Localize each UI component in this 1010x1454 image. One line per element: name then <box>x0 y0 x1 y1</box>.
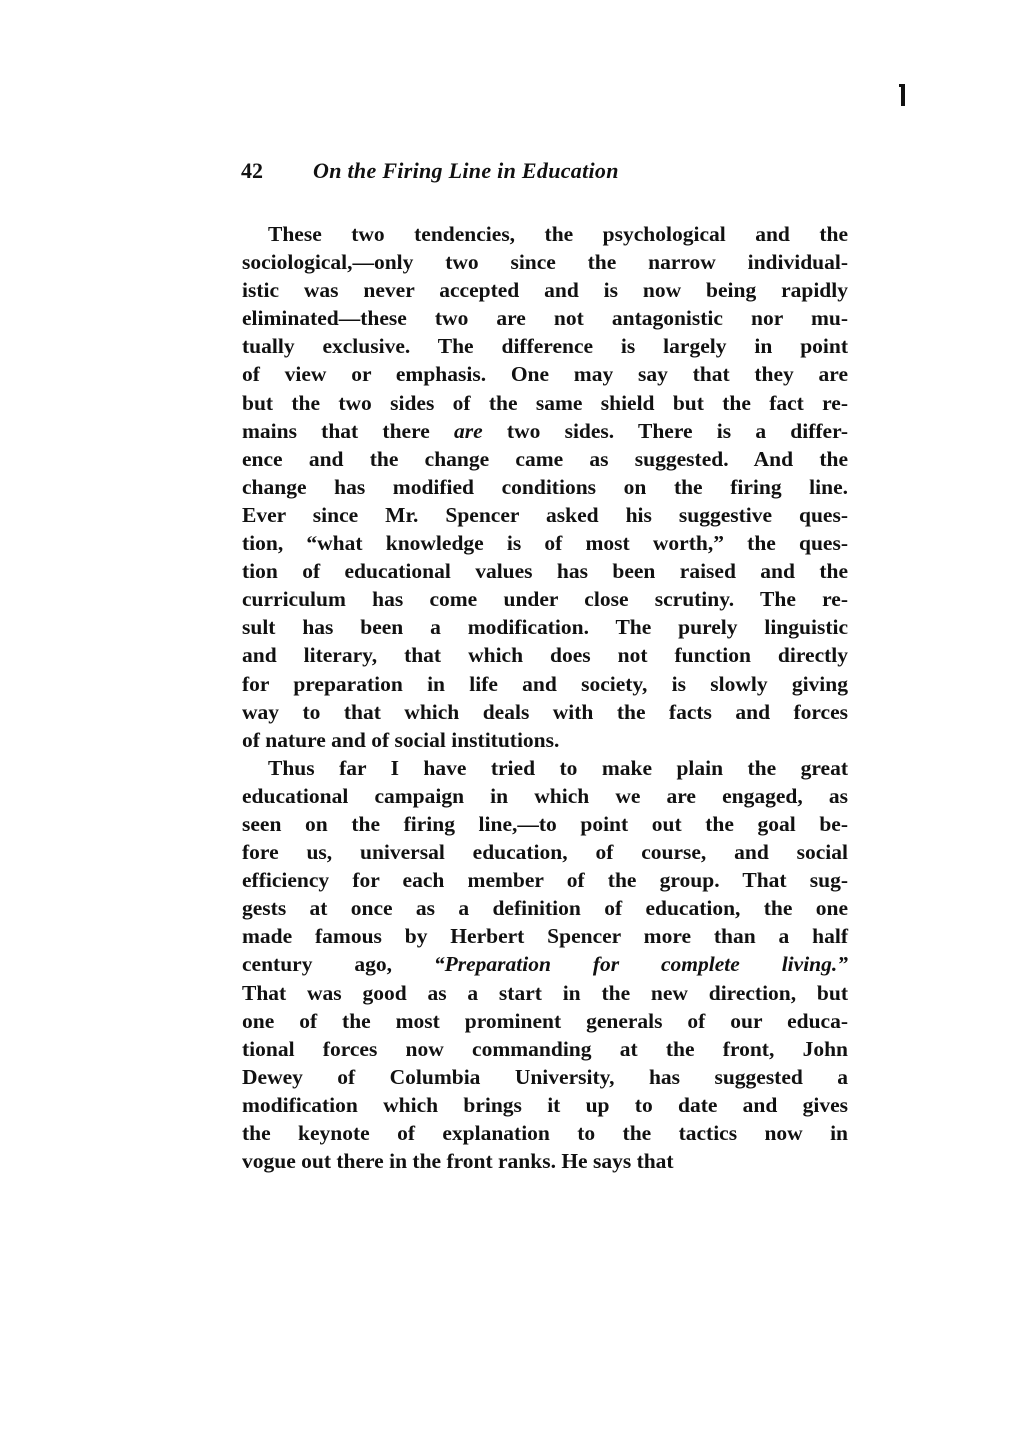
text-line: vogue out there in the front ranks. He s… <box>242 1147 848 1175</box>
text-segment: efficiency for each member of the group.… <box>242 868 848 892</box>
text-line: century ago, “Preparation for complete l… <box>242 950 848 978</box>
text-segment: century ago, <box>242 952 434 976</box>
text-line: for preparation in life and society, is … <box>242 670 848 698</box>
body-text: These two tendencies, the psychological … <box>242 220 848 1175</box>
text-line: and literary, that which does not functi… <box>242 641 848 669</box>
text-line: istic was never accepted and is now bein… <box>242 276 848 304</box>
text-segment: Dewey of Columbia University, has sugges… <box>242 1065 848 1089</box>
text-line: tion, “what knowledge is of most worth,”… <box>242 529 848 557</box>
text-segment: gests at once as a definition of educati… <box>242 896 848 920</box>
text-line: These two tendencies, the psychological … <box>242 220 848 248</box>
text-segment: These two tendencies, the psychological … <box>268 222 848 246</box>
text-segment: sociological,—only two since the narrow … <box>242 250 848 274</box>
paragraph: Thus far I have tried to make plain the … <box>242 754 848 1175</box>
page-number: 42 <box>241 158 263 184</box>
text-segment: of view or emphasis. One may say that th… <box>242 362 848 386</box>
text-segment: Thus far I have tried to make plain the … <box>268 756 848 780</box>
paragraph: These two tendencies, the psychological … <box>242 220 848 754</box>
text-line: modification which brings it up to date … <box>242 1091 848 1119</box>
text-line: eliminated—these two are not antagonisti… <box>242 304 848 332</box>
text-segment: vogue out there in the front ranks. He s… <box>242 1149 674 1173</box>
text-line: Ever since Mr. Spencer asked his suggest… <box>242 501 848 529</box>
text-line: but the two sides of the same shield but… <box>242 389 848 417</box>
margin-dot <box>899 84 905 110</box>
text-segment: the keynote of explanation to the tactic… <box>242 1121 848 1145</box>
text-line: one of the most prominent generals of ou… <box>242 1007 848 1035</box>
text-segment: tually exclusive. The difference is larg… <box>242 334 848 358</box>
text-line: curriculum has come under close scrutiny… <box>242 585 848 613</box>
text-segment: istic was never accepted and is now bein… <box>242 278 848 302</box>
text-segment: fore us, universal education, of course,… <box>242 840 848 864</box>
text-line: efficiency for each member of the group.… <box>242 866 848 894</box>
text-line: That was good as a start in the new dire… <box>242 979 848 1007</box>
text-segment: way to that which deals with the facts a… <box>242 700 848 724</box>
text-line: Dewey of Columbia University, has sugges… <box>242 1063 848 1091</box>
text-line: sult has been a modification. The purely… <box>242 613 848 641</box>
text-segment: tion of educational values has been rais… <box>242 559 848 583</box>
text-line: ence and the change came as suggested. A… <box>242 445 848 473</box>
text-line: of nature and of social institutions. <box>242 726 848 754</box>
text-segment: tion, “what knowledge is of most worth,”… <box>242 531 848 555</box>
text-segment: of nature and of social institutions. <box>242 728 559 752</box>
text-segment: seen on the firing line,—to point out th… <box>242 812 848 836</box>
text-line: the keynote of explanation to the tactic… <box>242 1119 848 1147</box>
running-title: On the Firing Line in Education <box>313 158 619 184</box>
text-segment: curriculum has come under close scrutiny… <box>242 587 848 611</box>
text-segment: modification which brings it up to date … <box>242 1093 848 1117</box>
text-line: tional forces now commanding at the fron… <box>242 1035 848 1063</box>
text-line: mains that there are two sides. There is… <box>242 417 848 445</box>
text-line: sociological,—only two since the narrow … <box>242 248 848 276</box>
text-segment: tional forces now commanding at the fron… <box>242 1037 848 1061</box>
scanned-book-page: 42 On the Firing Line in Education These… <box>0 0 1010 1454</box>
text-segment: sult has been a modification. The purely… <box>242 615 848 639</box>
text-line: tually exclusive. The difference is larg… <box>242 332 848 360</box>
text-segment: Ever since Mr. Spencer asked his suggest… <box>242 503 848 527</box>
text-segment: That was good as a start in the new dire… <box>242 981 848 1005</box>
running-head: 42 On the Firing Line in Education <box>241 158 851 188</box>
text-segment: change has modified conditions on the fi… <box>242 475 848 499</box>
text-line: Thus far I have tried to make plain the … <box>242 754 848 782</box>
text-segment: but the two sides of the same shield but… <box>242 391 848 415</box>
text-segment: two sides. There is a differ- <box>483 419 848 443</box>
text-line: educational campaign in which we are eng… <box>242 782 848 810</box>
text-line: of view or emphasis. One may say that th… <box>242 360 848 388</box>
text-segment: eliminated—these two are not antagonisti… <box>242 306 848 330</box>
italic-text: “Preparation for complete living.” <box>434 952 848 976</box>
text-segment: for preparation in life and society, is … <box>242 672 848 696</box>
text-segment: and literary, that which does not functi… <box>242 643 848 667</box>
text-segment: made famous by Herbert Spencer more than… <box>242 924 848 948</box>
text-segment: educational campaign in which we are eng… <box>242 784 848 808</box>
text-line: seen on the firing line,—to point out th… <box>242 810 848 838</box>
text-segment: one of the most prominent generals of ou… <box>242 1009 848 1033</box>
text-line: change has modified conditions on the fi… <box>242 473 848 501</box>
italic-text: are <box>454 419 483 443</box>
text-line: fore us, universal education, of course,… <box>242 838 848 866</box>
text-segment: ence and the change came as suggested. A… <box>242 447 848 471</box>
text-line: made famous by Herbert Spencer more than… <box>242 922 848 950</box>
text-line: way to that which deals with the facts a… <box>242 698 848 726</box>
text-segment: mains that there <box>242 419 454 443</box>
text-line: gests at once as a definition of educati… <box>242 894 848 922</box>
text-line: tion of educational values has been rais… <box>242 557 848 585</box>
